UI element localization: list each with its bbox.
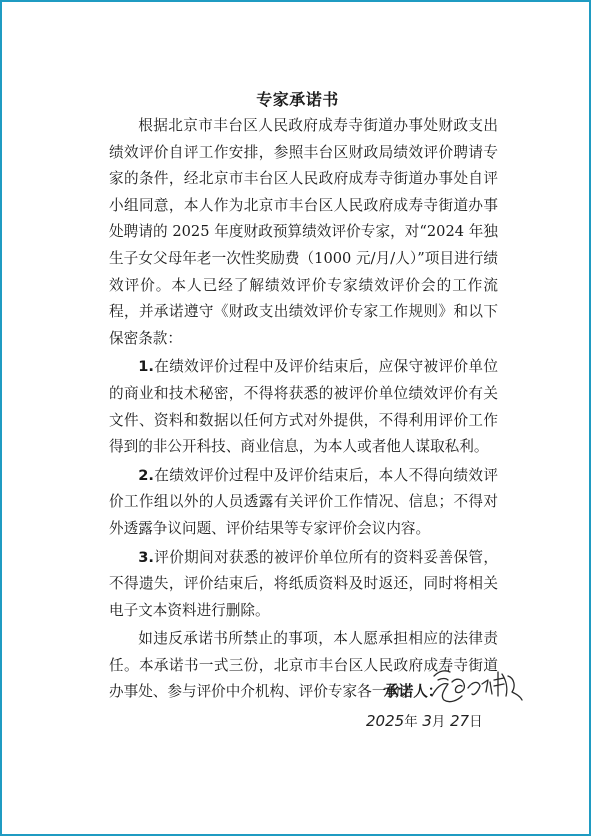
date-day: 27: [450, 712, 469, 730]
date-month: 3: [422, 712, 432, 730]
date-year: 2025: [366, 712, 404, 730]
date-month-unit: 月: [432, 714, 446, 730]
document-page: 专家承诺书 根据北京市丰台区人民政府成寿寺街道办事处财政支出绩效评价自评工作安排…: [0, 0, 591, 836]
handwritten-signature-icon: [428, 666, 528, 708]
signing-date: 2025年 3月 27日: [366, 710, 516, 740]
intro-paragraph: 根据北京市丰台区人民政府成寿寺街道办事处财政支出绩效评价自评工作安排，参照丰台区…: [109, 113, 498, 352]
clause-3: 3.评价期间对获悉的被评价单位所有的资料妥善保管，不得遗失，评价结束后，将纸质资…: [109, 545, 498, 625]
signature-block: 承诺人：: [384, 674, 534, 704]
clause-number: 3.: [138, 549, 154, 566]
clause-number: 2.: [138, 467, 154, 484]
date-year-unit: 年: [404, 714, 418, 730]
clause-text: 评价期间对获悉的被评价单位所有的资料妥善保管，不得遗失，评价结束后，将纸质资料及…: [109, 549, 498, 619]
clause-text: 在绩效评价过程中及评价结束后，应保守被评价单位的商业和技术秘密，不得将获悉的被评…: [109, 358, 498, 455]
document-title: 专家承诺书: [2, 88, 591, 112]
document-body: 根据北京市丰台区人民政府成寿寺街道办事处财政支出绩效评价自评工作安排，参照丰台区…: [109, 113, 498, 708]
clause-number: 1.: [138, 358, 154, 375]
date-day-unit: 日: [469, 714, 483, 730]
clause-text: 在绩效评价过程中及评价结束后，本人不得向绩效评价工作组以外的人员透露有关评价工作…: [109, 467, 498, 537]
clause-2: 2.在绩效评价过程中及评价结束后，本人不得向绩效评价工作组以外的人员透露有关评价…: [109, 463, 498, 543]
clause-1: 1.在绩效评价过程中及评价结束后，应保守被评价单位的商业和技术秘密，不得将获悉的…: [109, 354, 498, 460]
